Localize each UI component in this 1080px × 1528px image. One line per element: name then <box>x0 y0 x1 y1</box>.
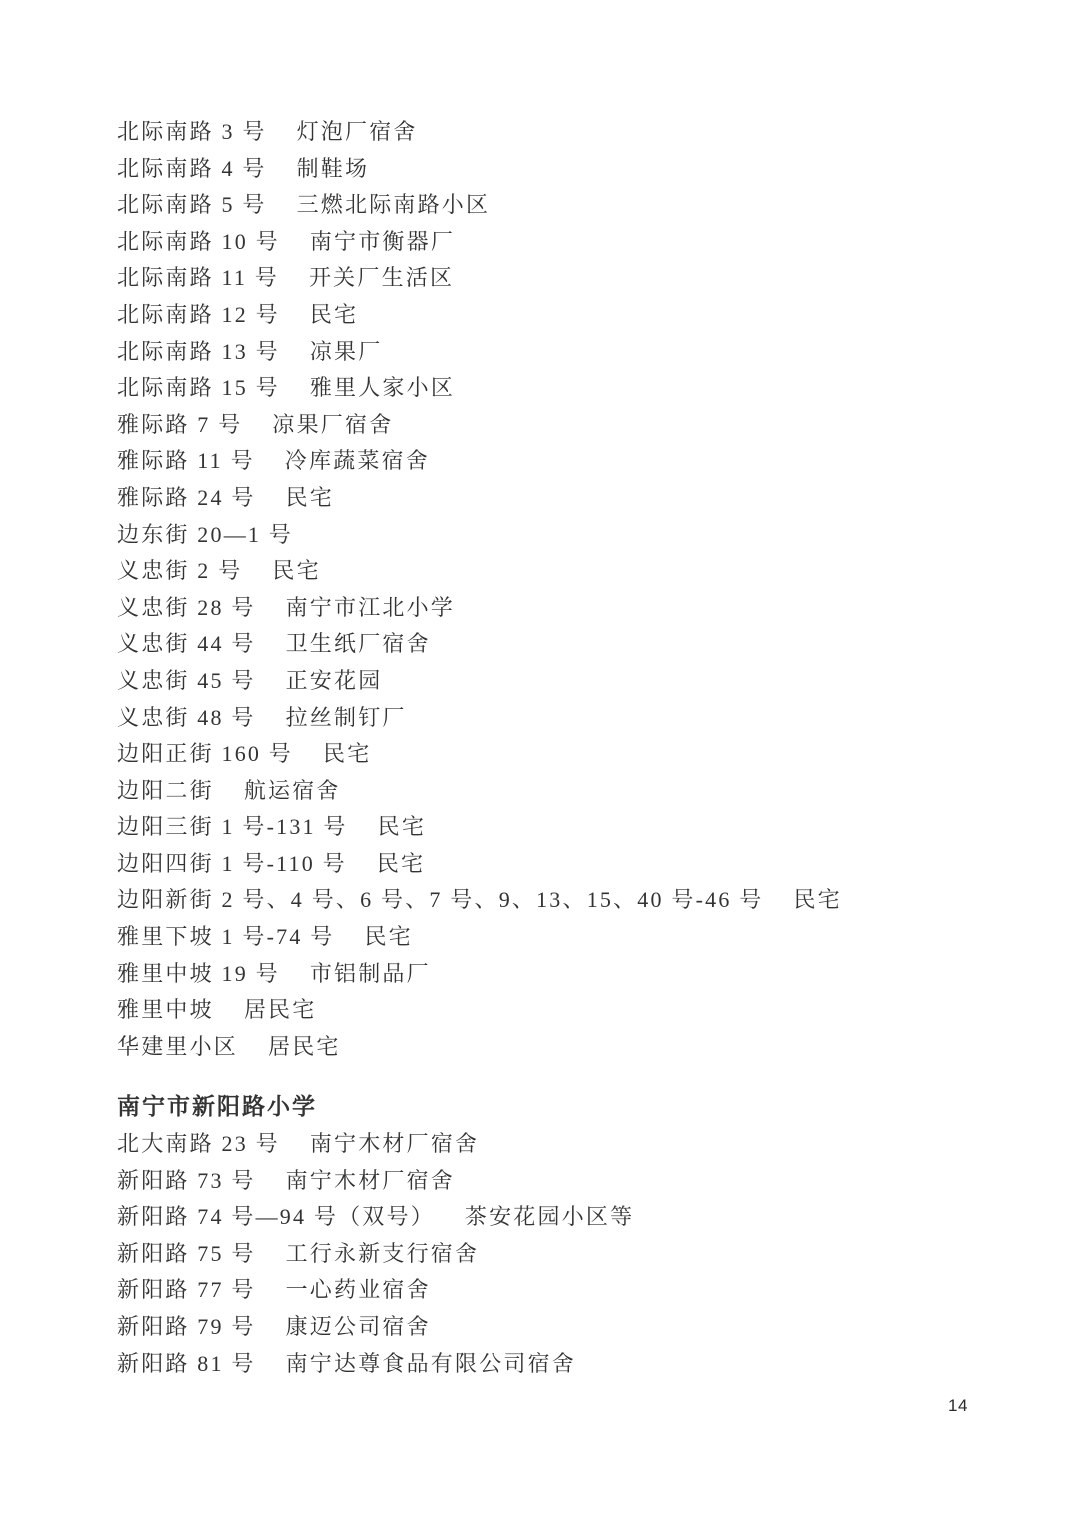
street-address: 北际南路 13 号 <box>117 339 280 364</box>
building-name: 居民宅 <box>268 1034 341 1059</box>
building-name: 卫生纸厂宿舍 <box>286 631 431 656</box>
address-row: 新阳路 74 号—94 号（双号）茶安花园小区等 <box>117 1199 1030 1236</box>
address-row: 边东街 20—1 号 <box>117 517 1030 554</box>
address-row: 雅里下坡 1 号-74 号民宅 <box>117 919 1030 956</box>
address-row: 北际南路 10 号南宁市衡器厂 <box>117 224 1030 261</box>
building-name: 民宅 <box>323 741 371 766</box>
street-address: 边阳四街 1 号-110 号 <box>117 851 347 876</box>
building-name: 民宅 <box>286 485 334 510</box>
building-name: 雅里人家小区 <box>310 375 455 400</box>
street-address: 义忠街 48 号 <box>117 705 256 730</box>
street-address: 新阳路 79 号 <box>117 1314 256 1339</box>
building-name: 南宁达尊食品有限公司宿舍 <box>286 1351 576 1376</box>
street-address: 边阳二街 <box>117 778 214 803</box>
address-row: 新阳路 79 号康迈公司宿舍 <box>117 1309 1030 1346</box>
address-row: 华建里小区居民宅 <box>117 1029 1030 1066</box>
street-address: 北际南路 15 号 <box>117 375 280 400</box>
street-address: 义忠街 28 号 <box>117 595 256 620</box>
street-address: 边阳正街 160 号 <box>117 741 293 766</box>
address-row: 北际南路 11 号开关厂生活区 <box>117 260 1030 297</box>
address-row: 北际南路 5 号三燃北际南路小区 <box>117 187 1030 224</box>
address-row: 边阳正街 160 号民宅 <box>117 736 1030 773</box>
building-name: 居民宅 <box>244 997 317 1022</box>
street-address: 北际南路 11 号 <box>117 265 279 290</box>
address-row: 边阳三街 1 号-131 号民宅 <box>117 809 1030 846</box>
street-address: 北际南路 12 号 <box>117 302 280 327</box>
building-name: 开关厂生活区 <box>309 265 454 290</box>
building-name: 民宅 <box>310 302 358 327</box>
building-name: 一心药业宿舍 <box>286 1277 431 1302</box>
building-name: 康迈公司宿舍 <box>286 1314 431 1339</box>
address-row: 义忠街 44 号卫生纸厂宿舍 <box>117 626 1030 663</box>
building-name: 拉丝制钉厂 <box>286 705 407 730</box>
building-name: 民宅 <box>364 924 412 949</box>
building-name: 南宁木材厂宿舍 <box>286 1168 455 1193</box>
street-address: 北际南路 3 号 <box>117 119 267 144</box>
building-name: 茶安花园小区等 <box>465 1204 634 1229</box>
building-name: 南宁木材厂宿舍 <box>310 1131 479 1156</box>
street-address: 北际南路 10 号 <box>117 229 280 254</box>
street-address: 边阳新街 2 号、4 号、6 号、7 号、9、13、15、40 号-46 号 <box>117 887 763 912</box>
address-row: 义忠街 2 号民宅 <box>117 553 1030 590</box>
building-name: 正安花园 <box>286 668 383 693</box>
building-name: 凉果厂 <box>310 339 383 364</box>
building-name: 工行永新支行宿舍 <box>286 1241 480 1266</box>
building-name: 冷库蔬菜宿舍 <box>285 448 430 473</box>
street-address: 雅际路 24 号 <box>117 485 256 510</box>
address-row: 义忠街 48 号拉丝制钉厂 <box>117 700 1030 737</box>
address-row: 北大南路 23 号南宁木材厂宿舍 <box>117 1126 1030 1163</box>
address-row: 雅际路 7 号凉果厂宿舍 <box>117 407 1030 444</box>
street-address: 北大南路 23 号 <box>117 1131 280 1156</box>
address-row: 北际南路 4 号制鞋场 <box>117 151 1030 188</box>
street-address: 华建里小区 <box>117 1034 238 1059</box>
street-address: 义忠街 45 号 <box>117 668 256 693</box>
street-address: 边东街 20—1 号 <box>117 522 293 547</box>
street-address: 雅际路 11 号 <box>117 448 255 473</box>
address-row: 义忠街 45 号正安花园 <box>117 663 1030 700</box>
street-address: 雅里中坡 <box>117 997 214 1022</box>
address-row: 新阳路 73 号南宁木材厂宿舍 <box>117 1163 1030 1200</box>
address-row: 新阳路 81 号南宁达尊食品有限公司宿舍 <box>117 1346 1030 1383</box>
building-name: 市铝制品厂 <box>310 961 431 986</box>
address-section: 南宁市新阳路小学北大南路 23 号南宁木材厂宿舍新阳路 73 号南宁木材厂宿舍新… <box>117 1089 1030 1382</box>
building-name: 制鞋场 <box>297 156 370 181</box>
address-row: 边阳二街航运宿舍 <box>117 773 1030 810</box>
street-address: 新阳路 81 号 <box>117 1351 256 1376</box>
address-row: 雅里中坡居民宅 <box>117 992 1030 1029</box>
address-row: 义忠街 28 号南宁市江北小学 <box>117 590 1030 627</box>
building-name: 民宅 <box>272 558 320 583</box>
address-row: 边阳四街 1 号-110 号民宅 <box>117 846 1030 883</box>
building-name: 南宁市江北小学 <box>286 595 455 620</box>
address-row: 北际南路 3 号灯泡厂宿舍 <box>117 114 1030 151</box>
street-address: 义忠街 44 号 <box>117 631 256 656</box>
address-row: 北际南路 12 号民宅 <box>117 297 1030 334</box>
address-list: 北际南路 3 号灯泡厂宿舍北际南路 4 号制鞋场北际南路 5 号三燃北际南路小区… <box>117 114 1030 1382</box>
building-name: 民宅 <box>377 851 425 876</box>
street-address: 义忠街 2 号 <box>117 558 242 583</box>
street-address: 北际南路 5 号 <box>117 192 267 217</box>
street-address: 边阳三街 1 号-131 号 <box>117 814 348 839</box>
address-row: 雅里中坡 19 号市铝制品厂 <box>117 956 1030 993</box>
address-row: 北际南路 15 号雅里人家小区 <box>117 370 1030 407</box>
street-address: 新阳路 75 号 <box>117 1241 256 1266</box>
address-row: 雅际路 24 号民宅 <box>117 480 1030 517</box>
street-address: 新阳路 74 号—94 号（双号） <box>117 1204 435 1229</box>
address-row: 新阳路 75 号工行永新支行宿舍 <box>117 1236 1030 1273</box>
street-address: 北际南路 4 号 <box>117 156 267 181</box>
building-name: 灯泡厂宿舍 <box>297 119 418 144</box>
street-address: 雅里中坡 19 号 <box>117 961 280 986</box>
building-name: 航运宿舍 <box>244 778 341 803</box>
street-address: 新阳路 73 号 <box>117 1168 256 1193</box>
address-row: 雅际路 11 号冷库蔬菜宿舍 <box>117 443 1030 480</box>
address-row: 新阳路 77 号一心药业宿舍 <box>117 1272 1030 1309</box>
address-row: 北际南路 13 号凉果厂 <box>117 334 1030 371</box>
address-section: 北际南路 3 号灯泡厂宿舍北际南路 4 号制鞋场北际南路 5 号三燃北际南路小区… <box>117 114 1030 1065</box>
address-row: 边阳新街 2 号、4 号、6 号、7 号、9、13、15、40 号-46 号民宅 <box>117 882 1030 919</box>
document-page: 北际南路 3 号灯泡厂宿舍北际南路 4 号制鞋场北际南路 5 号三燃北际南路小区… <box>0 0 1080 1528</box>
building-name: 凉果厂宿舍 <box>272 412 393 437</box>
street-address: 雅里下坡 1 号-74 号 <box>117 924 334 949</box>
street-address: 新阳路 77 号 <box>117 1277 256 1302</box>
street-address: 雅际路 7 号 <box>117 412 242 437</box>
building-name: 民宅 <box>793 887 841 912</box>
building-name: 三燃北际南路小区 <box>297 192 491 217</box>
building-name: 民宅 <box>378 814 426 839</box>
building-name: 南宁市衡器厂 <box>310 229 455 254</box>
section-heading: 南宁市新阳路小学 <box>117 1089 1030 1126</box>
page-number: 14 <box>948 1396 968 1416</box>
